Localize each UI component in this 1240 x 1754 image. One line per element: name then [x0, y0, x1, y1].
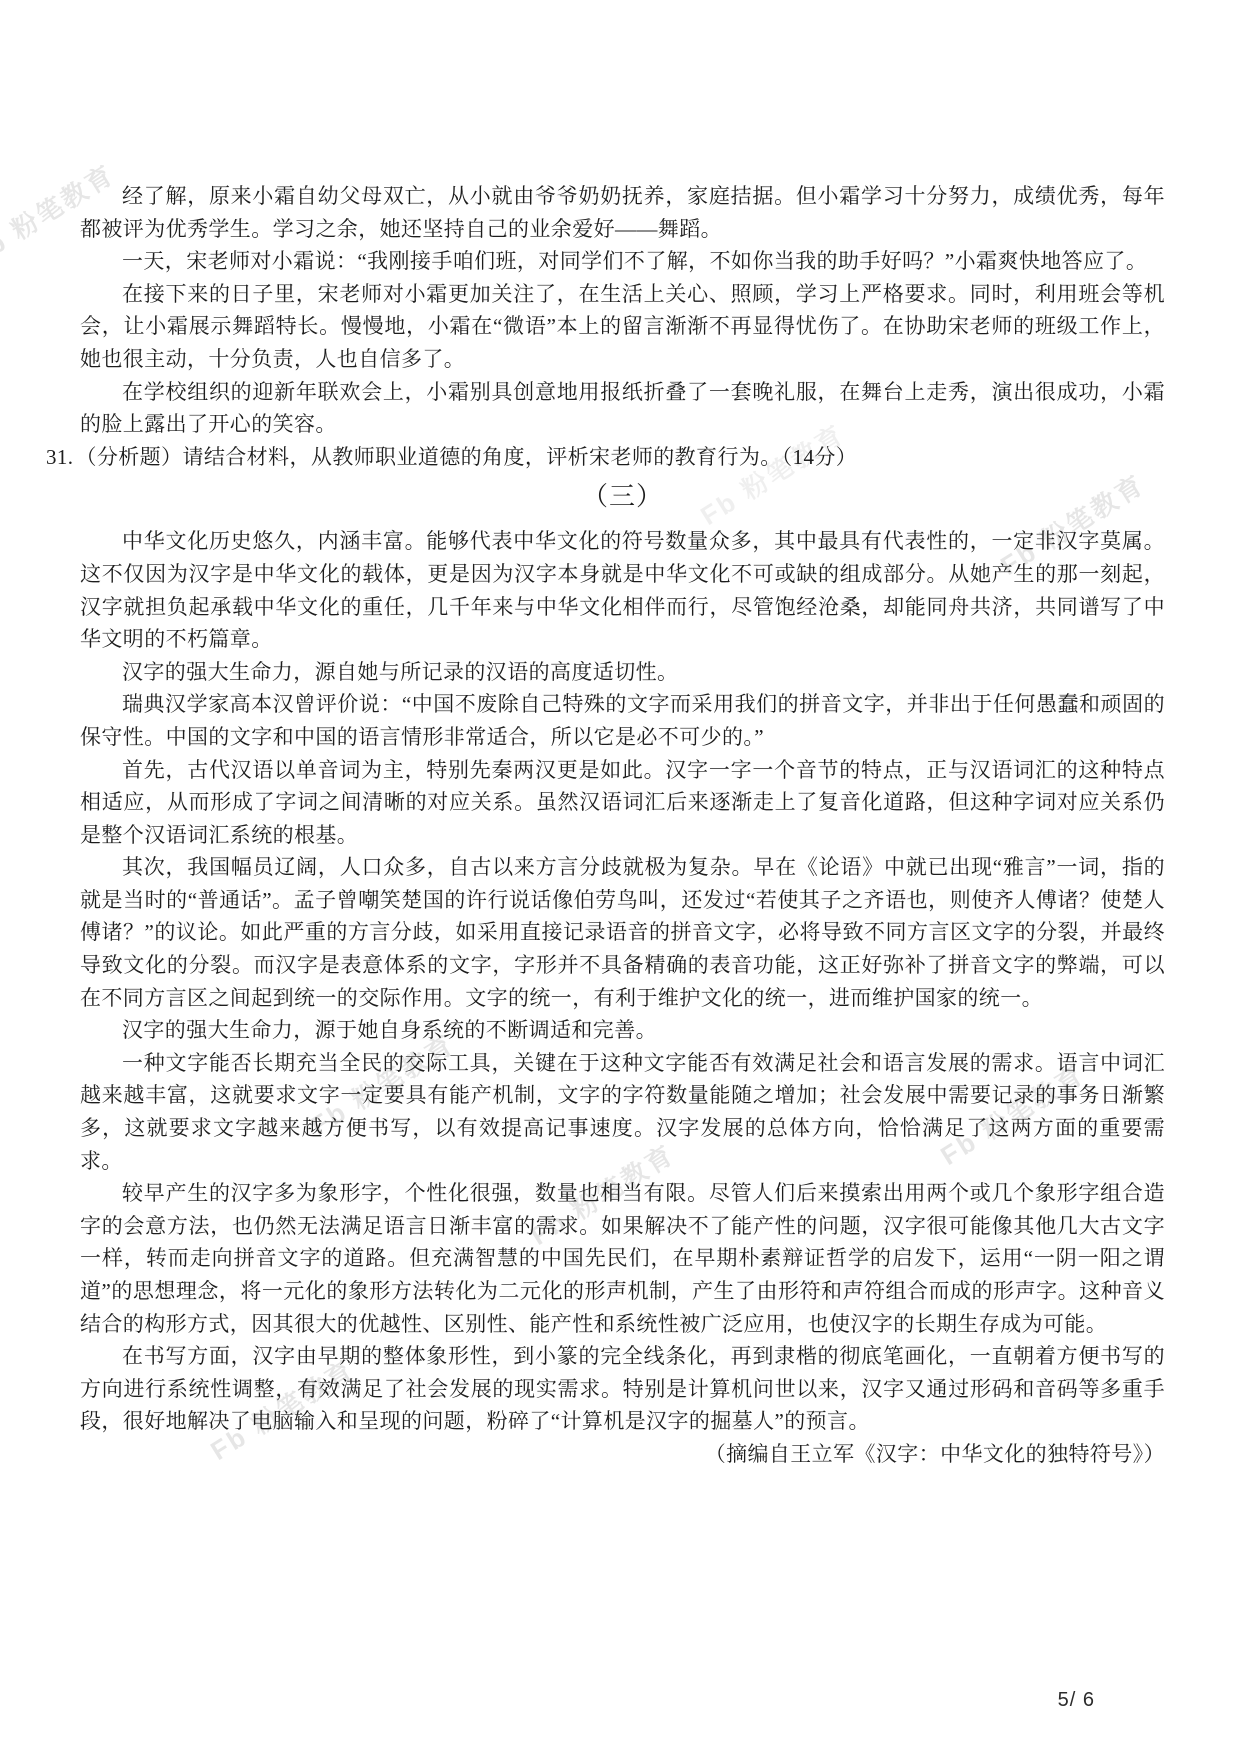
- question-31: 31.（分析题）请结合材料，从教师职业道德的角度，评析宋老师的教育行为。（14分…: [46, 441, 1165, 474]
- section-three-title: （三）: [80, 477, 1165, 517]
- material-paragraph: 在接下来的日子里，宋老师对小霜更加关注了，在生活上关心、照顾，学习上严格要求。同…: [80, 278, 1165, 376]
- material-paragraph: 一天，宋老师对小霜说：“我刚接手咱们班，对同学们不了解，不如你当我的助手好吗？”…: [80, 245, 1165, 278]
- attribution-line: （摘编自王立军《汉字：中华文化的独特符号》）: [80, 1438, 1165, 1471]
- section-paragraph: 首先，古代汉语以单音词为主，特别先秦两汉更是如此。汉字一字一个音节的特点，正与汉…: [80, 754, 1165, 852]
- material-paragraph: 经了解，原来小霜自幼父母双亡，从小就由爷爷奶奶抚养，家庭拮据。但小霜学习十分努力…: [80, 180, 1165, 245]
- section-paragraph: 其次，我国幅员辽阔，人口众多，自古以来方言分歧就极为复杂。早在《论语》中就已出现…: [80, 851, 1165, 1014]
- section-paragraph: 一种文字能否长期充当全民的交际工具，关键在于这种文字能否有效满足社会和语言发展的…: [80, 1047, 1165, 1177]
- document-page: Fb 粉笔教育 Fb 粉笔教育 Fb 粉笔教育 Fb 粉笔教育 Fb 粉笔教育 …: [0, 0, 1240, 1754]
- section-paragraph: 汉字的强大生命力，源自她与所记录的汉语的高度适切性。: [80, 656, 1165, 689]
- section-paragraph: 汉字的强大生命力，源于她自身系统的不断调适和完善。: [80, 1014, 1165, 1047]
- page-content: 经了解，原来小霜自幼父母双亡，从小就由爷爷奶奶抚养，家庭拮据。但小霜学习十分努力…: [80, 180, 1165, 1471]
- section-paragraph: 中华文化历史悠久，内涵丰富。能够代表中华文化的符号数量众多，其中最具有代表性的，…: [80, 525, 1165, 655]
- question-number: 31.: [46, 445, 73, 469]
- page-number: 5/ 6: [1058, 1689, 1095, 1712]
- section-paragraph: 较早产生的汉字多为象形字，个性化很强，数量也相当有限。尽管人们后来摸索出用两个或…: [80, 1177, 1165, 1340]
- question-text: （分析题）请结合材料，从教师职业道德的角度，评析宋老师的教育行为。（14分）: [75, 445, 857, 469]
- section-paragraph: 瑞典汉学家高本汉曾评价说：“中国不废除自己特殊的文字而采用我们的拼音文字，并非出…: [80, 688, 1165, 753]
- section-paragraph: 在书写方面，汉字由早期的整体象形性，到小篆的完全线条化，再到隶楷的彻底笔画化，一…: [80, 1340, 1165, 1438]
- material-paragraph: 在学校组织的迎新年联欢会上，小霜别具创意地用报纸折叠了一套晚礼服，在舞台上走秀，…: [80, 376, 1165, 441]
